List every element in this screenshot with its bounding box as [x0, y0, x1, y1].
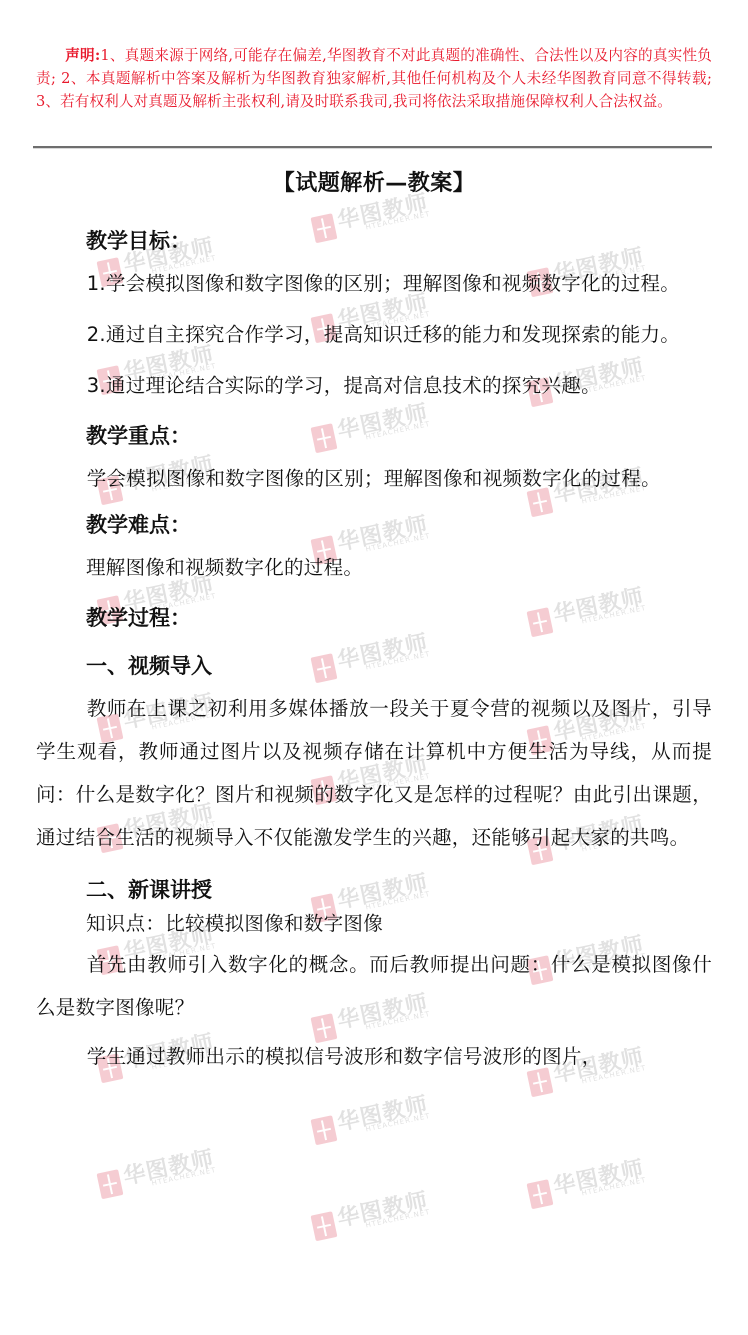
watermark: 华图教师 HTEACHER.NET [95, 1139, 231, 1209]
goal-item: 1.学会模拟图像和数字图像的区别；理解图像和视频数字化的过程。 [36, 262, 712, 305]
difficulties-text: 理解图像和视频数字化的过程。 [36, 546, 712, 589]
page-title: 【试题解析—教案】 [0, 169, 748, 199]
watermark-sub: HTEACHER.NET [365, 1208, 431, 1230]
watermark-brand: 华图教师 [550, 1151, 646, 1200]
section-heading-process: 教学过程： [36, 603, 712, 633]
watermark-brand: 华图教师 [334, 1183, 430, 1232]
watermark-logo-icon [527, 1179, 554, 1209]
watermark-logo-icon [311, 1211, 338, 1241]
watermark: 华图教师 HTEACHER.NET [309, 1181, 445, 1251]
watermark-brand: 华图教师 [120, 1141, 216, 1190]
watermark-sub: HTEACHER.NET [581, 1176, 647, 1198]
watermark-sub: HTEACHER.NET [151, 1166, 217, 1188]
goal-item: 2.通过自主探究合作学习，提高知识迁移的能力和发现探索的能力。 [36, 313, 712, 356]
watermark-logo-icon [311, 1115, 338, 1145]
lesson-plan-content: 教学目标： 1.学会模拟图像和数字图像的区别；理解图像和视频数字化的过程。 2.… [36, 210, 712, 1078]
watermark: 华图教师 HTEACHER.NET [525, 1149, 661, 1219]
watermark-sub: HTEACHER.NET [365, 1112, 431, 1134]
section-heading-key-points: 教学重点： [36, 421, 712, 451]
subsection-heading-new-lesson: 二、新课讲授 [36, 875, 712, 905]
section-heading-goals: 教学目标： [36, 226, 712, 256]
watermark: 华图教师 HTEACHER.NET [309, 1085, 445, 1155]
subsection-heading-video-intro: 一、视频导入 [36, 651, 712, 681]
video-intro-text: 教师在上课之初利用多媒体播放一段关于夏令营的视频以及图片，引导学生观看，教师通过… [36, 687, 712, 859]
watermark-brand: 华图教师 [334, 1087, 430, 1136]
document-page: 华图教师 HTEACHER.NET 华图教师 HTEACHER.NET 华图教师… [0, 0, 748, 1335]
new-lesson-para-1: 首先由教师引入数字化的概念。而后教师提出问题：什么是模拟图像什么是数字图像呢？ [36, 943, 712, 1029]
disclaimer-lead: 声明: [65, 47, 100, 64]
key-points-text: 学会模拟图像和数字图像的区别；理解图像和视频数字化的过程。 [36, 457, 712, 500]
header-divider [33, 146, 712, 148]
goal-item: 3.通过理论结合实际的学习，提高对信息技术的探究兴趣。 [36, 364, 712, 407]
disclaimer: 声明:1、真题来源于网络,可能存在偏差,华图教育不对此真题的准确性、合法性以及内… [36, 44, 712, 113]
new-lesson-para-2: 学生通过教师出示的模拟信号波形和数字信号波形的图片， [36, 1035, 712, 1078]
knowledge-point: 知识点：比较模拟图像和数字图像 [36, 905, 712, 943]
section-heading-difficulties: 教学难点： [36, 510, 712, 540]
disclaimer-text: 1、真题来源于网络,可能存在偏差,华图教育不对此真题的准确性、合法性以及内容的真… [36, 47, 712, 110]
watermark-logo-icon [97, 1169, 124, 1199]
